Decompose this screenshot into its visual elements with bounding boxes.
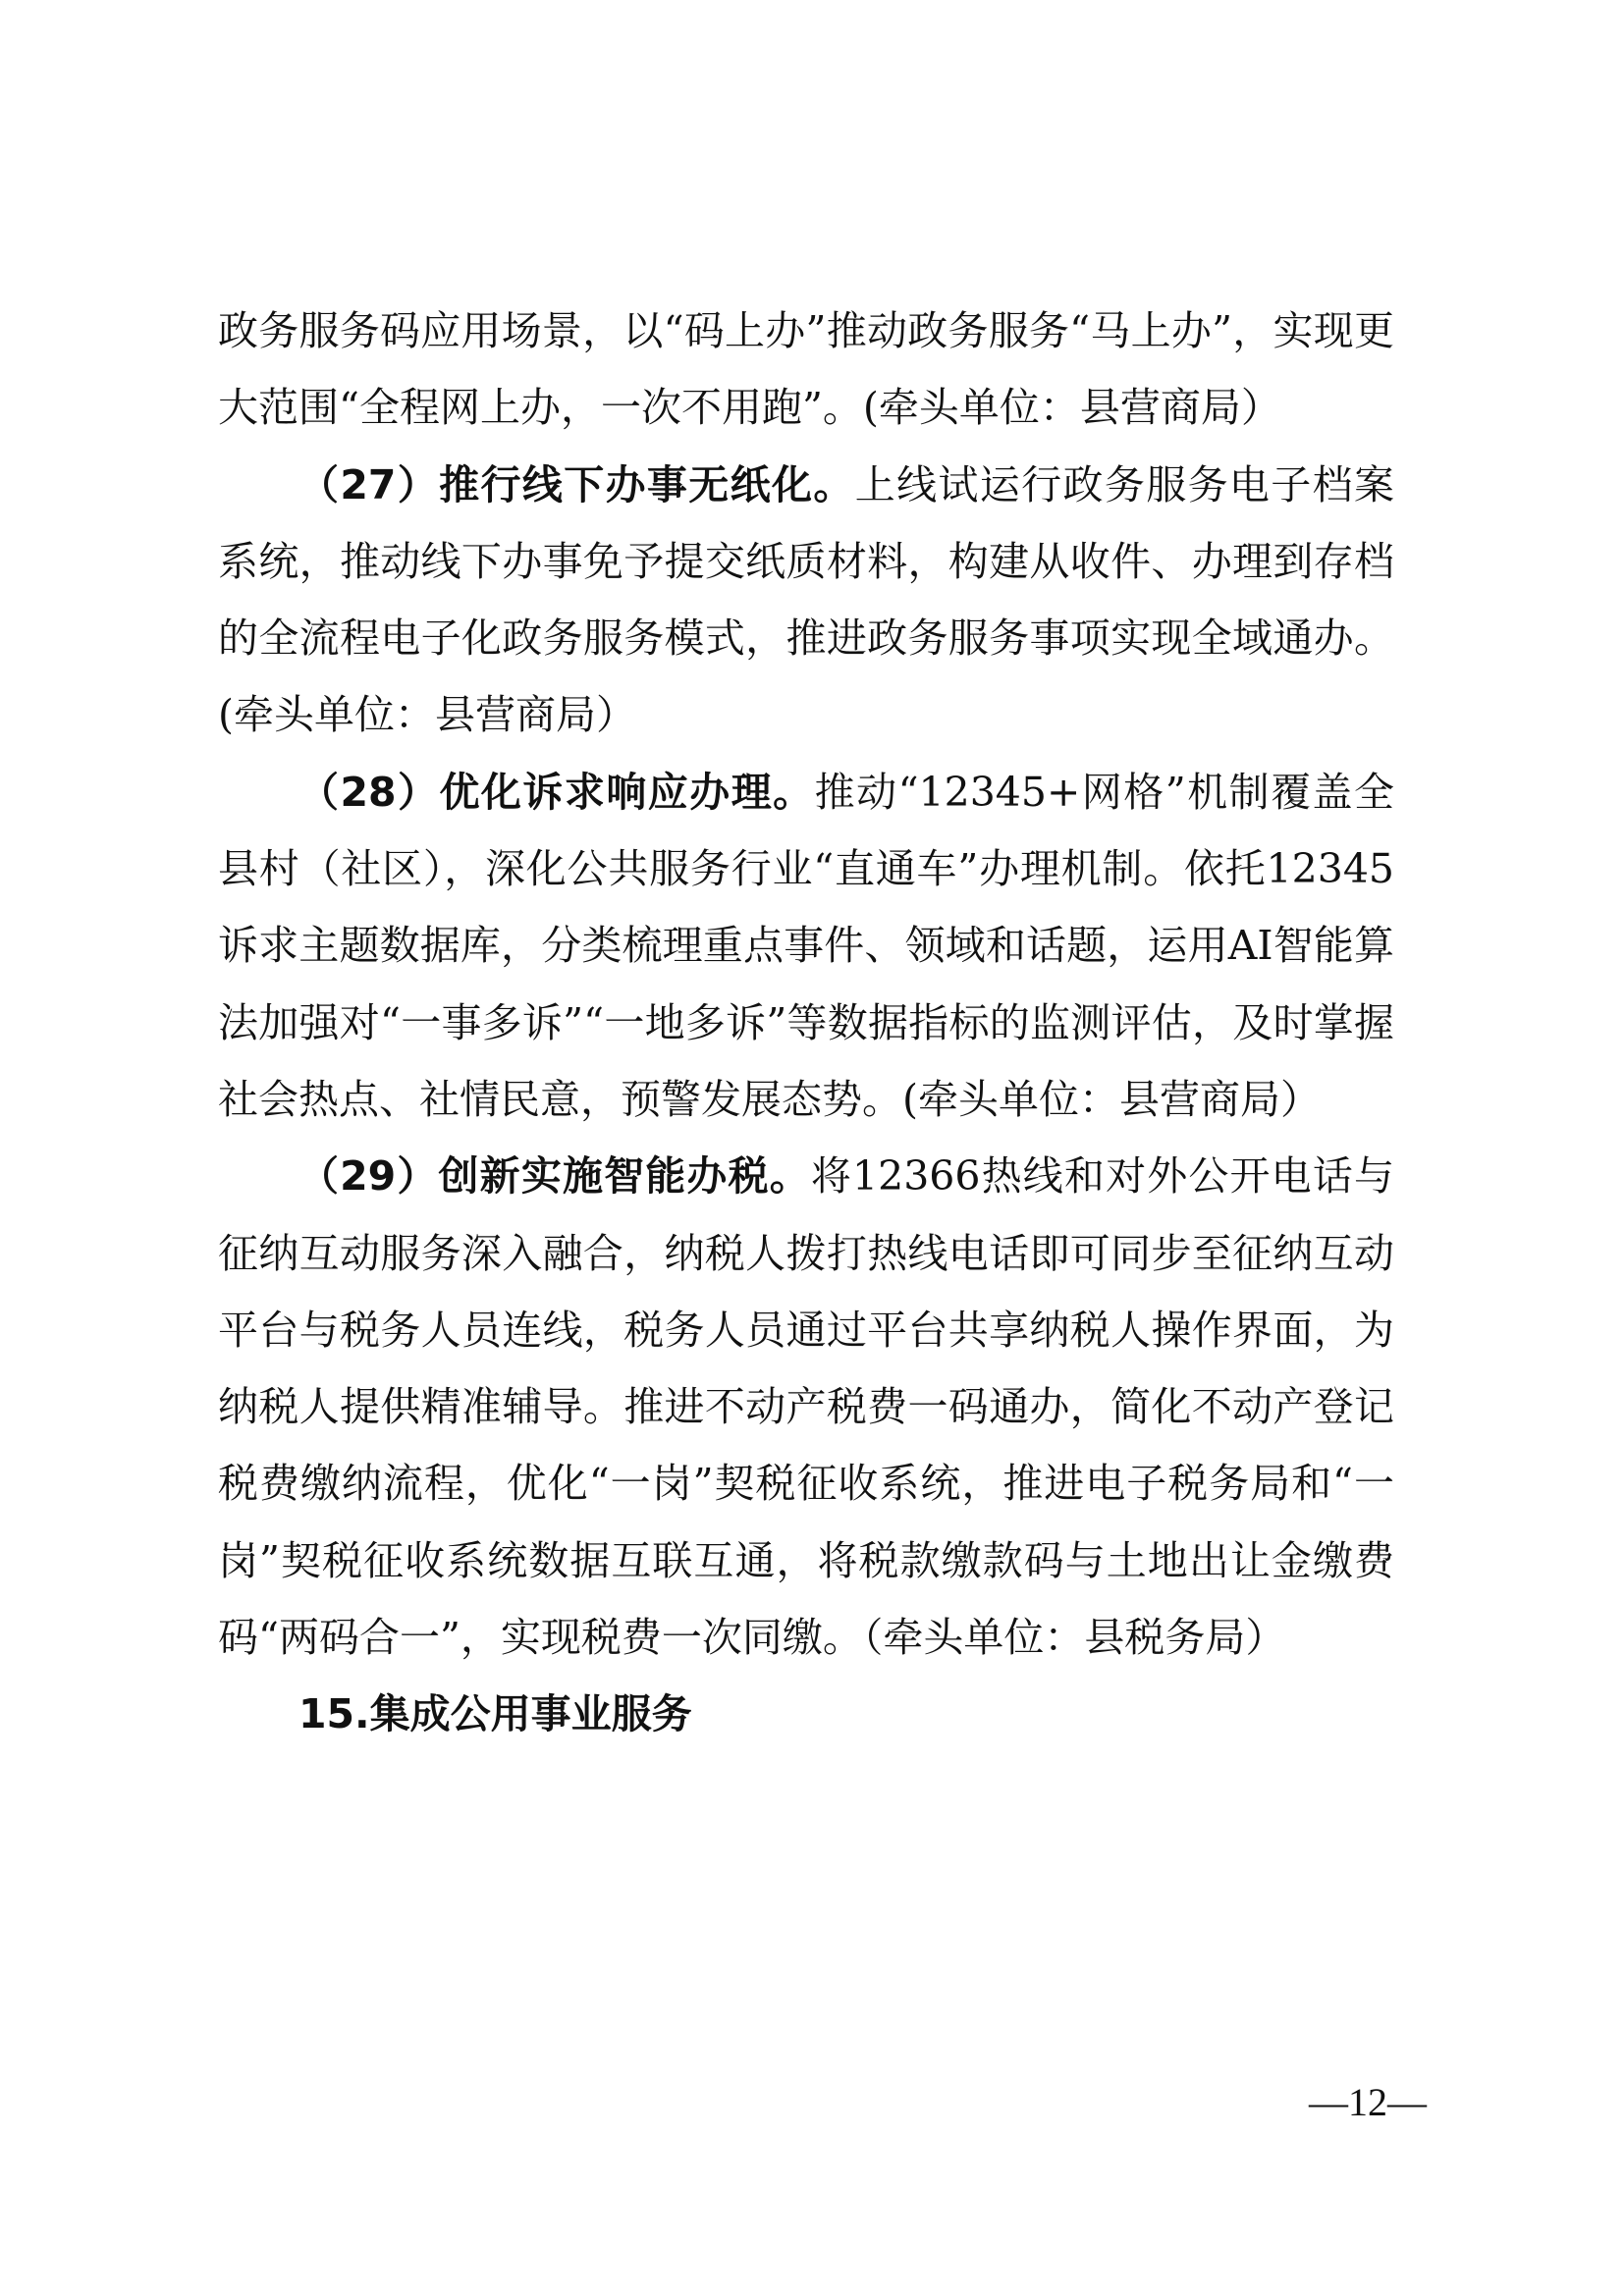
item-27-number: （27） bbox=[298, 461, 439, 508]
item-28-number: （28） bbox=[298, 769, 439, 816]
continuation-paragraph: 政务服务码应用场景，以“码上办”推动政务服务“马上办”，实现更大范围“全程网上办… bbox=[218, 293, 1394, 447]
item-29-title: 创新实施智能办税。 bbox=[439, 1152, 811, 1200]
item-28-body: 推动“12345+网格”机制覆盖全县村（社区），深化公共服务行业“直通车”办理机… bbox=[218, 769, 1394, 1123]
item-27-paragraph: （27）推行线下办事无纸化。上线试运行政务服务电子档案系统，推动线下办事免予提交… bbox=[218, 447, 1394, 754]
item-29-number: （29） bbox=[298, 1152, 439, 1200]
item-29-body: 将12366热线和对外公开电话与征纳互动服务深入融合，纳税人拨打热线电话即可同步… bbox=[218, 1152, 1394, 1661]
item-29-paragraph: （29）创新实施智能办税。将12366热线和对外公开电话与征纳互动服务深入融合，… bbox=[218, 1138, 1394, 1676]
item-27-title: 推行线下办事无纸化。 bbox=[439, 461, 855, 508]
document-page: 政务服务码应用场景，以“码上办”推动政务服务“马上办”，实现更大范围“全程网上办… bbox=[218, 293, 1394, 1753]
item-28-paragraph: （28）优化诉求响应办理。推动“12345+网格”机制覆盖全县村（社区），深化公… bbox=[218, 754, 1394, 1138]
page-number: —12— bbox=[1309, 2079, 1427, 2125]
section-heading: 15.集成公用事业服务 bbox=[218, 1676, 1394, 1752]
item-28-title: 优化诉求响应办理。 bbox=[439, 769, 814, 816]
